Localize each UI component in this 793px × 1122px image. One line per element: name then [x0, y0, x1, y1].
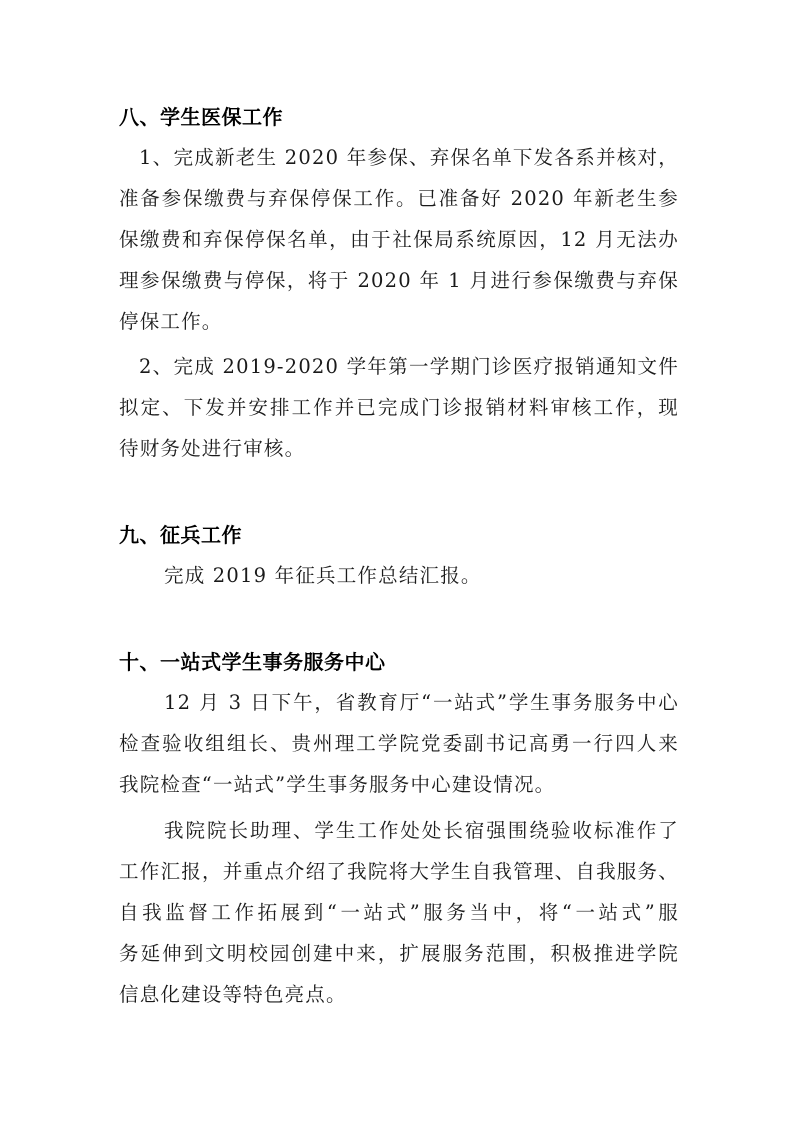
section-heading-medical-insurance: 八、学生医保工作	[119, 104, 283, 130]
paragraph-line: 拟定、下发并安排工作并已完成门诊报销材料审核工作，现	[119, 395, 679, 421]
paragraph-line: 我院检查“一站式”学生事务服务中心建设情况。	[119, 772, 679, 798]
paragraph-line: 检查验收组组长、贵州理工学院党委副书记高勇一行四人来	[119, 731, 679, 757]
section-heading-one-stop-center: 十、一站式学生事务服务中心	[119, 649, 386, 675]
paragraph-line: 准备参保缴费与弃保停保工作。已准备好 2020 年新老生参	[119, 186, 679, 212]
paragraph-line: 1、完成新老生 2020 年参保、弃保名单下发各系并核对，	[139, 145, 679, 171]
paragraph-line: 停保工作。	[119, 309, 679, 335]
paragraph-line: 待财务处进行审核。	[119, 436, 679, 462]
paragraph-line: 2、完成 2019-2020 学年第一学期门诊医疗报销通知文件	[139, 354, 679, 380]
section-heading-conscription: 九、征兵工作	[119, 522, 242, 548]
paragraph-line: 完成 2019 年征兵工作总结汇报。	[164, 563, 679, 589]
paragraph-line: 保缴费和弃保停保名单，由于社保局系统原因，12 月无法办	[119, 227, 679, 253]
paragraph-line: 理参保缴费与停保，将于 2020 年 1 月进行参保缴费与弃保	[119, 268, 679, 294]
paragraph-line: 自我监督工作拓展到“一站式”服务当中，将“一站式”服	[119, 900, 679, 926]
document-page: 八、学生医保工作 1、完成新老生 2020 年参保、弃保名单下发各系并核对， 准…	[0, 0, 793, 1122]
paragraph-line: 我院院长助理、学生工作处处长宿强围绕验收标准作了	[164, 818, 679, 844]
paragraph-line: 务延伸到文明校园创建中来，扩展服务范围，积极推进学院	[119, 941, 679, 967]
paragraph-line: 12 月 3 日下午，省教育厅“一站式”学生事务服务中心	[164, 690, 679, 716]
paragraph-line: 工作汇报，并重点介绍了我院将大学生自我管理、自我服务、	[119, 859, 679, 885]
paragraph-line: 信息化建设等特色亮点。	[119, 982, 679, 1008]
